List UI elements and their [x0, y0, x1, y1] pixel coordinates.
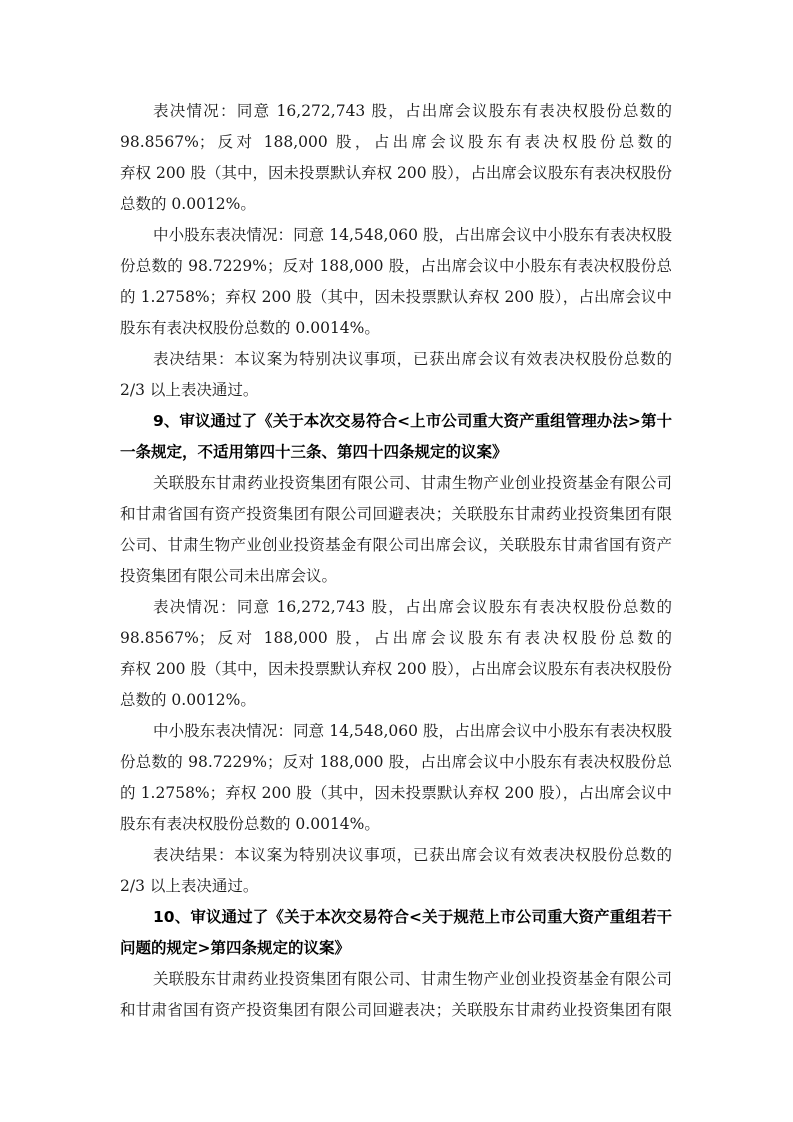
item9-vote-result: 表决结果：本议案为特别决议事项，已获出席会议有效表决权股份总数的 2/3 以上表… — [120, 840, 672, 902]
document-page: 表决情况：同意 16,272,743 股，占出席会议股东有表决权股份总数的 98… — [0, 0, 793, 1122]
text-line: 表决情况：同意 16,272,743 股，占出席会议股东有表决权股份总数的 — [120, 96, 672, 127]
document-body: 表决情况：同意 16,272,743 股，占出席会议股东有表决权股份总数的 98… — [120, 96, 672, 1026]
text-line: 关联股东甘肃药业投资集团有限公司、甘肃生物产业创业投资基金有限公司 — [120, 468, 672, 499]
text-line: 的 1.2758%；弃权 200 股（其中，因未投票默认弃权 200 股），占出… — [120, 778, 672, 809]
heading-line: 9、审议通过了《关于本次交易符合<上市公司重大资产重组管理办法>第十 — [120, 406, 672, 437]
item8-vote-result: 表决结果：本议案为特别决议事项，已获出席会议有效表决权股份总数的 2/3 以上表… — [120, 344, 672, 406]
text-line: 关联股东甘肃药业投资集团有限公司、甘肃生物产业创业投资基金有限公司 — [120, 964, 672, 995]
heading-line: 10、审议通过了《关于本次交易符合<关于规范上市公司重大资产重组若干 — [120, 902, 672, 933]
text-line: 总数的 0.0012%。 — [120, 189, 672, 220]
text-line: 2/3 以上表决通过。 — [120, 871, 672, 902]
heading-line: 问题的规定>第四条规定的议案》 — [120, 933, 672, 964]
heading-line: 一条规定，不适用第四十三条、第四十四条规定的议案》 — [120, 437, 672, 468]
text-line: 份总数的 98.7229%；反对 188,000 股，占出席会议中小股东有表决权… — [120, 747, 672, 778]
text-line: 中小股东表决情况：同意 14,548,060 股，占出席会议中小股东有表决权股 — [120, 716, 672, 747]
item9-vote-situation: 表决情况：同意 16,272,743 股，占出席会议股东有表决权股份总数的 98… — [120, 592, 672, 716]
item9-minority-vote-situation: 中小股东表决情况：同意 14,548,060 股，占出席会议中小股东有表决权股 … — [120, 716, 672, 840]
text-line: 弃权 200 股（其中，因未投票默认弃权 200 股），占出席会议股东有表决权股… — [120, 158, 672, 189]
text-line: 表决情况：同意 16,272,743 股，占出席会议股东有表决权股份总数的 — [120, 592, 672, 623]
item8-vote-situation: 表决情况：同意 16,272,743 股，占出席会议股东有表决权股份总数的 98… — [120, 96, 672, 220]
item9-related-shareholders: 关联股东甘肃药业投资集团有限公司、甘肃生物产业创业投资基金有限公司 和甘肃省国有… — [120, 468, 672, 592]
text-line: 股东有表决权股份总数的 0.0014%。 — [120, 313, 672, 344]
text-line: 弃权 200 股（其中，因未投票默认弃权 200 股），占出席会议股东有表决权股… — [120, 654, 672, 685]
item10-heading: 10、审议通过了《关于本次交易符合<关于规范上市公司重大资产重组若干 问题的规定… — [120, 902, 672, 964]
text-line: 投资集团有限公司未出席会议。 — [120, 561, 672, 592]
item10-related-shareholders: 关联股东甘肃药业投资集团有限公司、甘肃生物产业创业投资基金有限公司 和甘肃省国有… — [120, 964, 672, 1026]
text-line: 的 1.2758%；弃权 200 股（其中，因未投票默认弃权 200 股），占出… — [120, 282, 672, 313]
text-line: 中小股东表决情况：同意 14,548,060 股，占出席会议中小股东有表决权股 — [120, 220, 672, 251]
text-line: 表决结果：本议案为特别决议事项，已获出席会议有效表决权股份总数的 — [120, 344, 672, 375]
text-line: 和甘肃省国有资产投资集团有限公司回避表决；关联股东甘肃药业投资集团有限 — [120, 995, 672, 1026]
text-line: 表决结果：本议案为特别决议事项，已获出席会议有效表决权股份总数的 — [120, 840, 672, 871]
text-line: 和甘肃省国有资产投资集团有限公司回避表决；关联股东甘肃药业投资集团有限 — [120, 499, 672, 530]
text-line: 2/3 以上表决通过。 — [120, 375, 672, 406]
item8-minority-vote-situation: 中小股东表决情况：同意 14,548,060 股，占出席会议中小股东有表决权股 … — [120, 220, 672, 344]
item9-heading: 9、审议通过了《关于本次交易符合<上市公司重大资产重组管理办法>第十 一条规定，… — [120, 406, 672, 468]
text-line: 份总数的 98.7229%；反对 188,000 股，占出席会议中小股东有表决权… — [120, 251, 672, 282]
text-line: 股东有表决权股份总数的 0.0014%。 — [120, 809, 672, 840]
text-line: 总数的 0.0012%。 — [120, 685, 672, 716]
text-line: 98.8567%；反对 188,000 股，占出席会议股东有表决权股份总数的 1… — [120, 127, 672, 158]
text-line: 98.8567%；反对 188,000 股，占出席会议股东有表决权股份总数的 1… — [120, 623, 672, 654]
text-line: 公司、甘肃生物产业创业投资基金有限公司出席会议，关联股东甘肃省国有资产 — [120, 530, 672, 561]
